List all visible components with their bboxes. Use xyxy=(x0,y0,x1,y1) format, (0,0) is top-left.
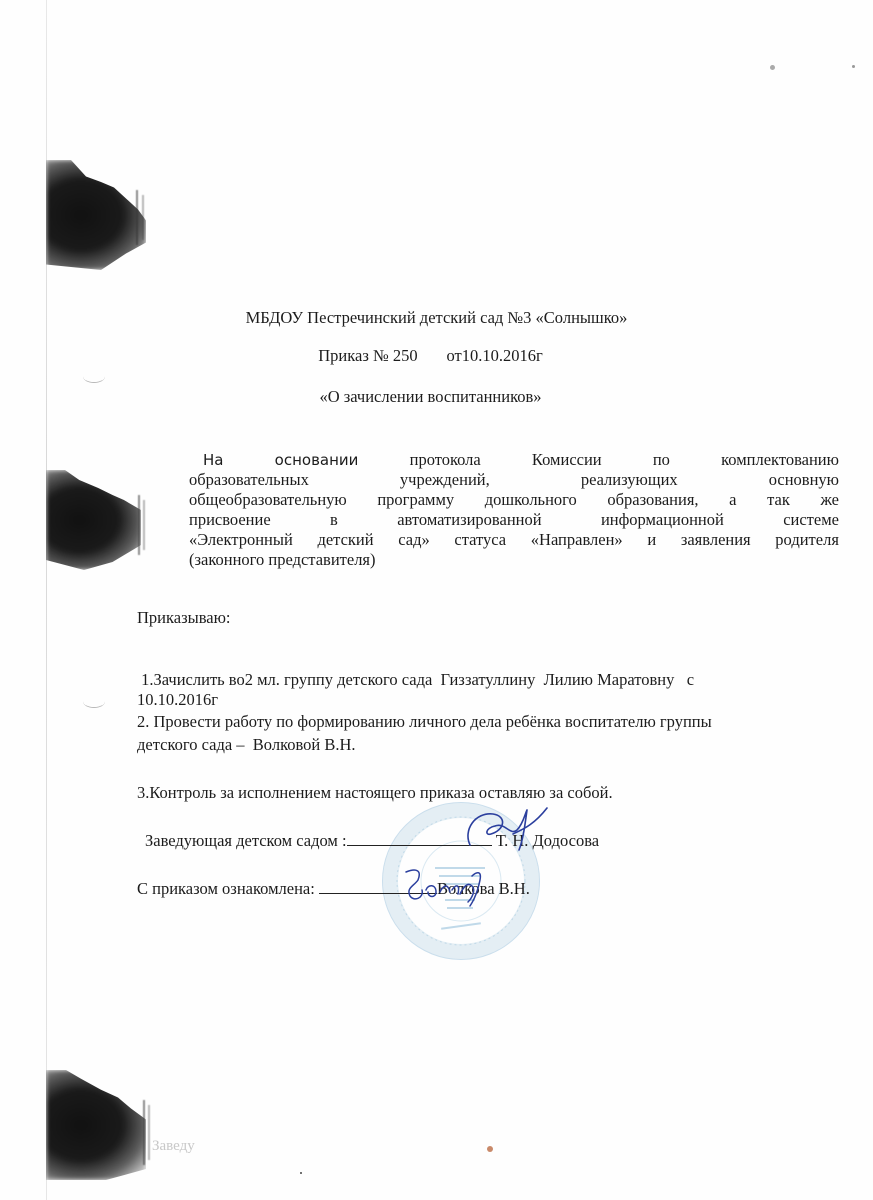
scanner-stripe xyxy=(148,1105,150,1160)
order-header: Приказ № 250 от10.10.2016г xyxy=(0,346,867,366)
acknowledgement-signature-line xyxy=(319,877,437,894)
director-signature-row: Заведующая детском садом : Т. Н. Додосов… xyxy=(145,829,599,851)
scanner-stripe xyxy=(136,190,138,245)
order-title: «О зачислении воспитанников» xyxy=(0,387,867,407)
scanner-smudge-top xyxy=(46,160,146,270)
punch-hole-mark xyxy=(83,370,105,383)
order-heading: Приказываю: xyxy=(137,608,231,628)
scan-speck xyxy=(300,1172,302,1174)
scan-speck xyxy=(487,1146,493,1152)
preamble-paragraph: На основании протокола Комиссии по компл… xyxy=(189,450,839,570)
order-number: Приказ № 250 xyxy=(318,346,417,365)
bleed-through-text: Заведу xyxy=(152,1136,195,1156)
item-3-line-1: 3.Контроль за исполнением настоящего при… xyxy=(137,783,613,803)
director-signature-line xyxy=(347,829,492,846)
scanner-stripe xyxy=(142,195,144,240)
acknowledgement-label: С приказом ознакомлена: xyxy=(137,879,315,898)
item-1-line-2: 10.10.2016г xyxy=(137,690,218,710)
acknowledgement-signature-row: С приказом ознакомлена: Волкова В.Н. xyxy=(137,877,530,899)
scan-speck xyxy=(852,65,855,68)
preamble-line-1: На основании протокола Комиссии по компл… xyxy=(189,450,839,470)
scanner-smudge-middle xyxy=(46,470,141,570)
scanned-document-page: МБДОУ Пестречинский детский сад №3 «Солн… xyxy=(0,0,873,1200)
scanner-stripe xyxy=(138,495,140,555)
preamble-line-5: «Электронный детский сад» статуса «Напра… xyxy=(189,530,839,550)
scanner-stripe xyxy=(143,500,145,550)
scan-speck xyxy=(770,65,775,70)
preamble-line-2: образовательных учреждений, реализующих … xyxy=(189,470,839,490)
scanner-smudge-bottom xyxy=(46,1070,146,1180)
director-role: Заведующая детском садом : xyxy=(145,831,347,850)
director-name: Т. Н. Додосова xyxy=(496,831,599,850)
preamble-line-4: присвоение в автоматизированной информац… xyxy=(189,510,839,530)
acknowledgement-name: Волкова В.Н. xyxy=(437,879,530,898)
order-date: от10.10.2016г xyxy=(446,346,542,365)
item-2-line-2: детского сада – Волковой В.Н. xyxy=(137,735,356,755)
item-1-line-1: 1.Зачислить во2 мл. группу детского сада… xyxy=(137,670,694,690)
scanner-stripe xyxy=(143,1100,145,1165)
preamble-line-6: (законного представителя) xyxy=(189,550,839,570)
item-2-line-1: 2. Провести работу по формированию лично… xyxy=(137,712,712,732)
organization-name: МБДОУ Пестречинский детский сад №3 «Солн… xyxy=(0,308,873,328)
punch-hole-mark xyxy=(83,695,105,708)
preamble-line-3: общеобразовательную программу дошкольног… xyxy=(189,490,839,510)
